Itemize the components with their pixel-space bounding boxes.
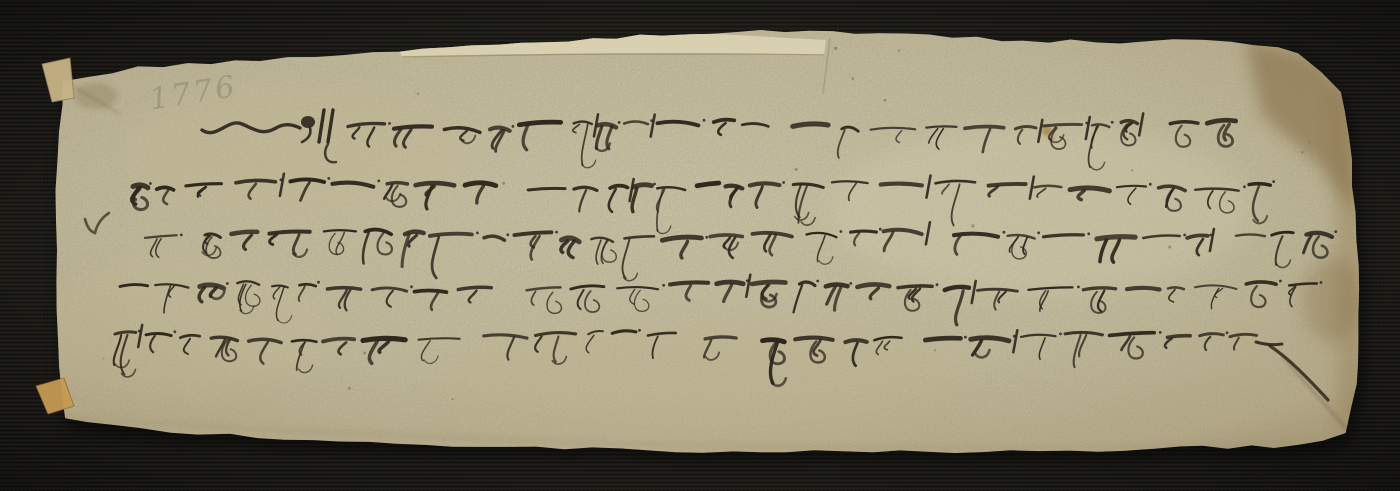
speck xyxy=(1309,141,1311,143)
ink-stroke xyxy=(327,288,360,290)
ink-stroke xyxy=(717,282,744,284)
ink-stroke xyxy=(793,124,828,127)
ink-stroke xyxy=(795,338,833,340)
tsheg-dot xyxy=(618,121,621,124)
ink-stroke xyxy=(430,234,472,236)
tsheg-dot xyxy=(1087,232,1090,235)
ink-stroke xyxy=(1127,288,1160,290)
ink-stroke xyxy=(705,337,736,339)
tsheg-dot xyxy=(506,233,509,236)
tsheg-dot xyxy=(1003,231,1006,234)
speck xyxy=(898,49,900,51)
speck xyxy=(363,352,366,355)
ink-stroke xyxy=(324,230,356,231)
ink-stroke xyxy=(925,338,960,340)
ink-stroke xyxy=(528,188,565,190)
tsheg-dot xyxy=(1320,281,1323,284)
tsheg-dot xyxy=(840,230,843,233)
ink-stroke xyxy=(1043,124,1081,126)
ink-stroke xyxy=(415,291,447,293)
ink-stroke xyxy=(763,340,785,342)
tsheg-dot xyxy=(705,236,708,239)
ink-stroke xyxy=(1168,336,1191,338)
ink-stroke xyxy=(465,183,496,186)
mottle xyxy=(30,260,330,400)
ink-stroke xyxy=(405,232,424,235)
ink-stroke xyxy=(826,284,848,286)
speck xyxy=(103,357,105,359)
ink-stroke xyxy=(1070,188,1109,191)
tsheg-dot xyxy=(879,228,882,231)
mottle xyxy=(830,125,1250,295)
tsheg-dot xyxy=(653,183,656,186)
tsheg-dot xyxy=(388,122,391,125)
tsheg-dot xyxy=(1077,286,1080,289)
tsheg-dot xyxy=(662,284,665,287)
ink-stroke xyxy=(1097,237,1135,239)
tsheg-dot xyxy=(1272,180,1275,183)
ink-stroke xyxy=(750,183,780,185)
tsheg-dot xyxy=(149,182,152,185)
tsheg-dot xyxy=(964,336,967,339)
tsheg-dot xyxy=(1183,234,1186,237)
ink-stroke xyxy=(519,122,560,125)
tsheg-dot xyxy=(476,232,479,235)
ink-stroke xyxy=(710,235,742,237)
ink-stroke xyxy=(387,183,407,184)
speck xyxy=(934,349,936,351)
speck xyxy=(417,93,419,95)
ink-stroke xyxy=(670,282,708,284)
ink-stroke xyxy=(269,231,309,233)
tsheg-dot xyxy=(327,177,330,180)
tsheg-dot xyxy=(1037,231,1040,234)
tsheg-dot xyxy=(1334,230,1337,233)
tsheg-dot xyxy=(1226,331,1229,334)
tsheg-dot xyxy=(410,285,413,288)
ink-stroke xyxy=(394,126,432,128)
tsheg-dot xyxy=(226,282,229,285)
speck xyxy=(1131,169,1133,171)
ink-stroke xyxy=(965,127,1004,129)
tsheg-dot xyxy=(703,119,706,122)
right-blotch xyxy=(1302,258,1362,342)
ink-stroke xyxy=(851,231,877,232)
tsheg-dot xyxy=(1243,185,1246,188)
ink-stroke xyxy=(363,338,405,340)
photograph: 1776 xyxy=(0,0,1400,491)
speck xyxy=(502,182,505,185)
speck xyxy=(884,99,887,102)
speck xyxy=(971,224,974,227)
speck xyxy=(348,387,351,390)
head-mark-blob xyxy=(301,116,315,128)
tsheg-dot xyxy=(1279,280,1282,283)
tsheg-dot xyxy=(180,234,183,237)
tsheg-dot xyxy=(1111,121,1114,124)
tsheg-dot xyxy=(782,181,785,184)
tsheg-dot xyxy=(936,283,939,286)
tsheg-dot xyxy=(377,180,380,183)
speck xyxy=(795,168,798,171)
tsheg-dot xyxy=(1149,183,1152,186)
tsheg-dot xyxy=(317,281,320,284)
tsheg-dot xyxy=(816,280,819,283)
tsheg-dot xyxy=(1159,331,1162,334)
ink-stroke xyxy=(926,126,956,127)
speck xyxy=(834,47,837,50)
speck xyxy=(1301,151,1303,153)
ink-stroke xyxy=(845,340,867,342)
tsheg-dot xyxy=(849,282,852,285)
ink-stroke xyxy=(989,184,1026,186)
ink-stroke xyxy=(231,232,257,234)
ink-stroke xyxy=(697,183,719,186)
ink-stroke xyxy=(881,184,922,186)
speck xyxy=(1168,246,1171,249)
tsheg-dot xyxy=(512,125,515,128)
smudge-top-left xyxy=(74,83,118,109)
ink-stroke xyxy=(1170,122,1198,124)
speck xyxy=(452,398,454,400)
ink-stroke xyxy=(898,286,932,288)
tsheg-dot xyxy=(1059,333,1062,336)
tsheg-dot xyxy=(174,330,177,333)
tsheg-dot xyxy=(555,231,558,234)
tsheg-dot xyxy=(638,329,641,332)
manuscript-photo: 1776 xyxy=(0,0,1400,491)
speck xyxy=(851,77,854,80)
ink-stroke xyxy=(857,284,889,287)
